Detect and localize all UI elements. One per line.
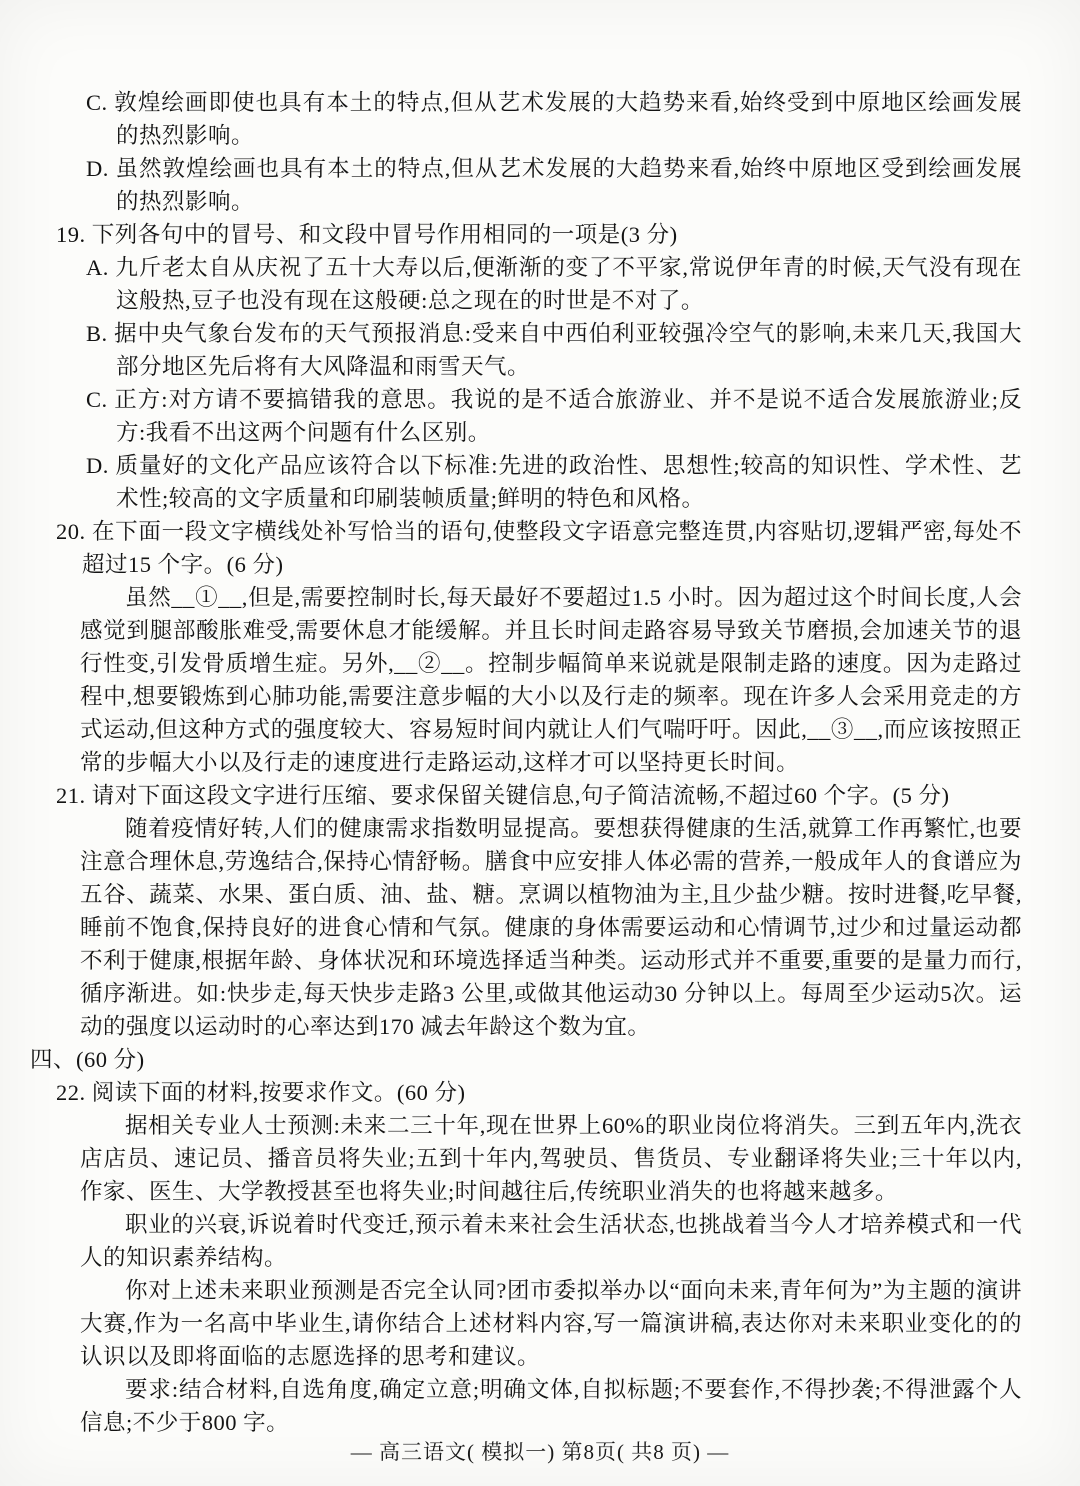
option-19-c: C. 正方:对方请不要搞错我的意思。我说的是不适合旅游业、并不是说不适合发展旅游… (86, 383, 1022, 449)
exam-content: C. 敦煌绘画即使也具有本土的特点,但从艺术发展的大趋势来看,始终受到中原地区绘… (56, 86, 1022, 1439)
option-18-c: C. 敦煌绘画即使也具有本土的特点,但从艺术发展的大趋势来看,始终受到中原地区绘… (86, 86, 1022, 152)
question-19-stem: 19. 下列各句中的冒号、和文段中冒号作用相同的一项是(3 分) (56, 218, 1022, 251)
section-four-heading: 四、(60 分) (56, 1043, 1022, 1076)
question-21-passage: 随着疫情好转,人们的健康需求指数明显提高。要想获得健康的生活,就算工作再繁忙,也… (80, 812, 1022, 1043)
option-19-d: D. 质量好的文化产品应该符合以下标准:先进的政治性、思想性;较高的知识性、学术… (86, 449, 1022, 515)
question-22-requirements: 要求:结合材料,自选角度,确定立意;明确文体,自拟标题;不要套作,不得抄袭;不得… (80, 1373, 1022, 1439)
question-22-stem: 22. 阅读下面的材料,按要求作文。(60 分) (56, 1076, 1022, 1109)
option-18-d: D. 虽然敦煌绘画也具有本土的特点,但从艺术发展的大趋势来看,始终中原地区受到绘… (86, 152, 1022, 218)
question-22-prompt-paragraph: 你对上述未来职业预测是否完全认同?团市委拟举办以“面向未来,青年何为”为主题的演… (80, 1274, 1022, 1373)
page-footer: — 高三语文( 模拟一) 第8页( 共8 页) — (0, 1436, 1080, 1466)
question-20-passage: 虽然__①__,但是,需要控制时长,每天最好不要超过1.5 小时。因为超过这个时… (80, 581, 1022, 779)
question-21-stem: 21. 请对下面这段文字进行压缩、要求保留关键信息,句子简洁流畅,不超过60 个… (56, 779, 1022, 812)
question-22-material-paragraph-2: 职业的兴衰,诉说着时代变迁,预示着未来社会生活状态,也挑战着当今人才培养模式和一… (80, 1208, 1022, 1274)
question-22-material-paragraph-1: 据相关专业人士预测:未来二三十年,现在世界上60%的职业岗位将消失。三到五年内,… (80, 1109, 1022, 1208)
option-19-b: B. 据中央气象台发布的天气预报消息:受来自中西伯利亚较强冷空气的影响,未来几天… (86, 317, 1022, 383)
question-20-stem: 20. 在下面一段文字横线处补写恰当的语句,使整段文字语意完整连贯,内容贴切,逻… (56, 515, 1022, 581)
option-19-a: A. 九斤老太自从庆祝了五十大寿以后,便渐渐的变了不平家,常说伊年青的时候,天气… (86, 251, 1022, 317)
exam-paper-page: C. 敦煌绘画即使也具有本土的特点,但从艺术发展的大趋势来看,始终受到中原地区绘… (0, 0, 1080, 1486)
